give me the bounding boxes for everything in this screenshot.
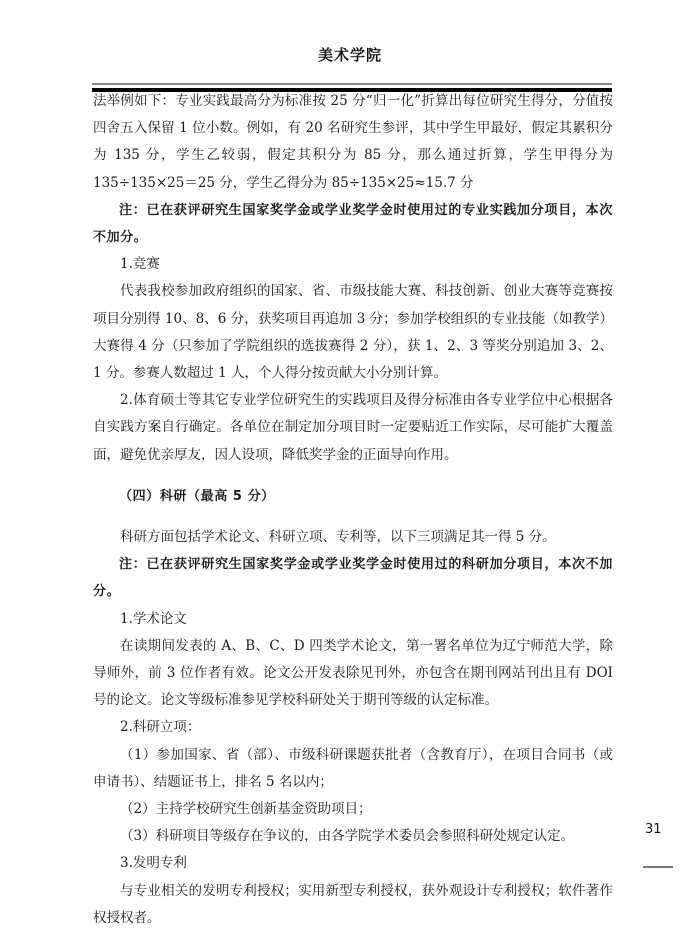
page-number: 31	[645, 822, 662, 837]
page-number-rule	[643, 866, 673, 868]
document-body: 法举例如下：专业实践最高分为标准按 25 分“归一化”折算出每位研究生得分，分值…	[93, 88, 613, 932]
section-heading-research: （四）科研（最高 5 分）	[93, 483, 613, 510]
paragraph-academic-papers: 在读期间发表的 A、B、C、D 四类学术论文，第一署名单位为辽宁师范大学，除导师…	[93, 633, 613, 715]
list-item-project-2: （2）主持学校研究生创新基金资助项目；	[93, 796, 613, 823]
paragraph-sports-master: 2.体育硕士等其它专业学位研究生的实践项目及得分标准由各专业学位中心根据各自实践…	[93, 387, 613, 469]
paragraph-research-scope: 科研方面包括学术论文、科研立项、专利等，以下三项满足其一得 5 分。	[93, 524, 613, 551]
paragraph-patents: 与专业相关的发明专利授权；实用新型专利授权，获外观设计专利授权；软件著作权授权者…	[93, 878, 613, 932]
list-item-project-3: （3）科研项目等级存在争议的，由各学院学术委员会参照科研处规定认定。	[93, 823, 613, 850]
header-rule-thin	[92, 83, 612, 85]
subheading-academic-papers: 1.学术论文	[93, 606, 613, 633]
paragraph-competition: 代表我校参加政府组织的国家、省、市级技能大赛、科技创新、创业大赛等竞赛按项目分别…	[93, 278, 613, 387]
subheading-competition: 1.竞赛	[93, 251, 613, 278]
list-item-project-1: （1）参加国家、省（部）、市级科研课题获批者（含教育厅），在项目合同书（或申请书…	[93, 742, 613, 796]
subheading-patents: 3.发明专利	[93, 850, 613, 877]
paragraph-normalization-example: 法举例如下：专业实践最高分为标准按 25 分“归一化”折算出每位研究生得分，分值…	[93, 88, 613, 197]
note-research-bonus: 注：已在获评研究生国家奖学金或学业奖学金时使用过的科研加分项目，本次不加分。	[93, 551, 613, 605]
running-header-title: 美术学院	[0, 44, 700, 65]
subheading-research-projects: 2.科研立项：	[93, 714, 613, 741]
note-practice-bonus: 注：已在获评研究生国家奖学金或学业奖学金时使用过的专业实践加分项目，本次不加分。	[93, 197, 613, 251]
